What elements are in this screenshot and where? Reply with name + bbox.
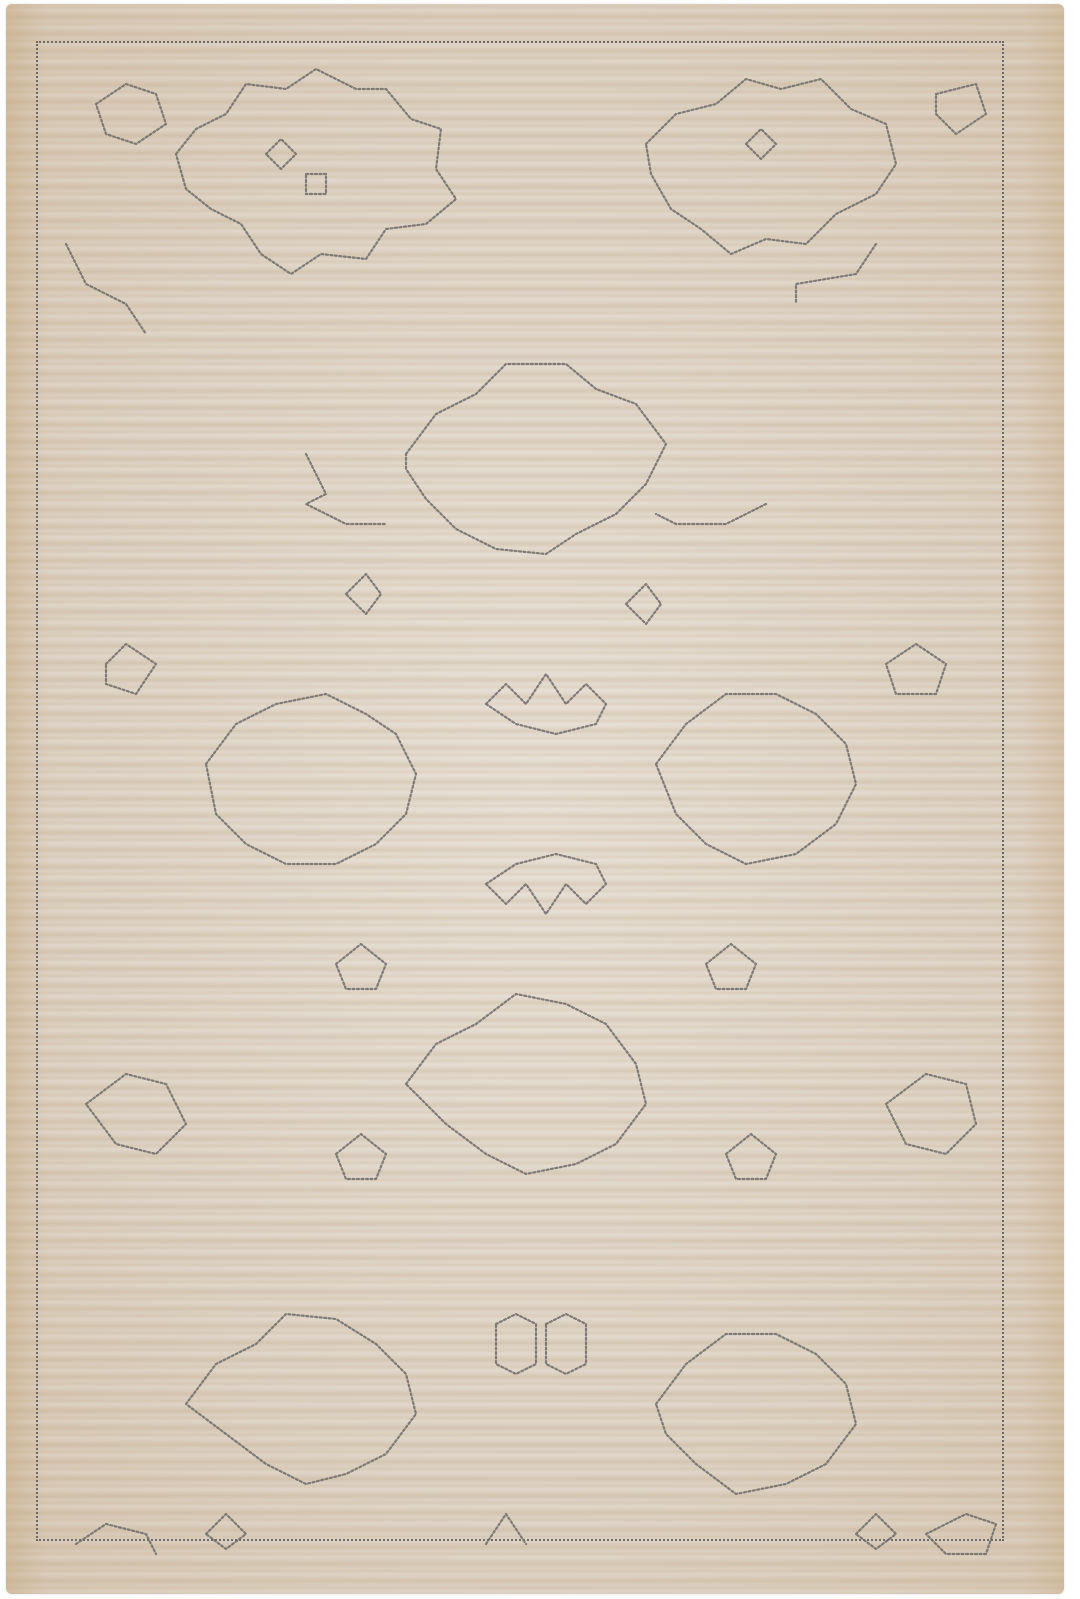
rug-motif-pattern	[6, 4, 1064, 1594]
rug-photo	[6, 4, 1064, 1594]
